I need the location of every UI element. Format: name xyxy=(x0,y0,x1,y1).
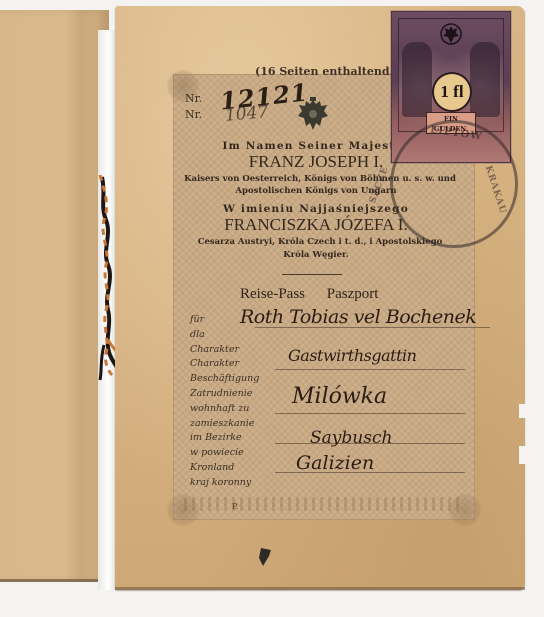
stamp-figure-right xyxy=(470,42,500,117)
label-kraj-koronny: kraj koronny xyxy=(190,476,259,491)
label-beschaeftigung: Beschäftigung xyxy=(190,372,259,387)
double-headed-eagle-icon xyxy=(296,96,330,134)
footer-mark: P. xyxy=(232,502,238,511)
cover-fold xyxy=(66,10,96,582)
label-zamieszkanie: zamieszkanie xyxy=(190,417,259,432)
cover-bottom-edge xyxy=(0,579,108,582)
stamp-value: 1 fl xyxy=(432,72,472,112)
field-line-residence xyxy=(275,413,465,414)
frame-border-band xyxy=(184,497,464,511)
field-line-occupation xyxy=(275,369,465,370)
label-charakter-pl: Charakter xyxy=(190,357,259,372)
bearer-crownland: Galizien xyxy=(296,452,374,474)
label-powiat: w powiecie xyxy=(190,446,259,461)
polish-titles-line-2: Króla Węgier. xyxy=(176,250,456,260)
bearer-occupation: Gastwirthsgattin xyxy=(288,346,416,365)
document-title: Reise-Pass Paszport xyxy=(240,286,396,303)
stamp-eagle-crest-icon xyxy=(440,22,462,46)
torn-edge xyxy=(519,446,527,464)
bearer-residence: Milówka xyxy=(292,384,387,409)
field-labels: für dla Charakter Charakter Beschäftigun… xyxy=(190,313,259,491)
number-label: Nr. xyxy=(185,92,202,105)
title-polish: Paszport xyxy=(327,286,379,302)
stamp-figure-left xyxy=(402,42,432,117)
label-wohnhaft: wohnhaft zu xyxy=(190,402,259,417)
label-dla: dla xyxy=(190,328,259,343)
label-kronland: Kronland xyxy=(190,461,259,476)
header-divider xyxy=(282,274,342,275)
pages-note: (16 Seiten enthaltend.) xyxy=(255,65,399,78)
bearer-district: Saybusch xyxy=(310,428,392,448)
label-bezirk: im Bezirke xyxy=(190,431,259,446)
number-label: Nr. xyxy=(185,108,202,121)
title-german: Reise-Pass xyxy=(240,286,305,302)
page-bottom-edge xyxy=(115,587,525,590)
label-charakter-de: Charakter xyxy=(190,343,259,358)
passport-sub-number: 1047 xyxy=(224,102,269,126)
passport-back-cover xyxy=(0,10,109,582)
paper-tear-icon xyxy=(257,546,273,568)
bearer-name: Roth Tobias vel Bochenek xyxy=(240,306,476,328)
label-zatrudnienie: Zatrudnienie xyxy=(190,387,259,402)
torn-edge xyxy=(519,404,527,418)
